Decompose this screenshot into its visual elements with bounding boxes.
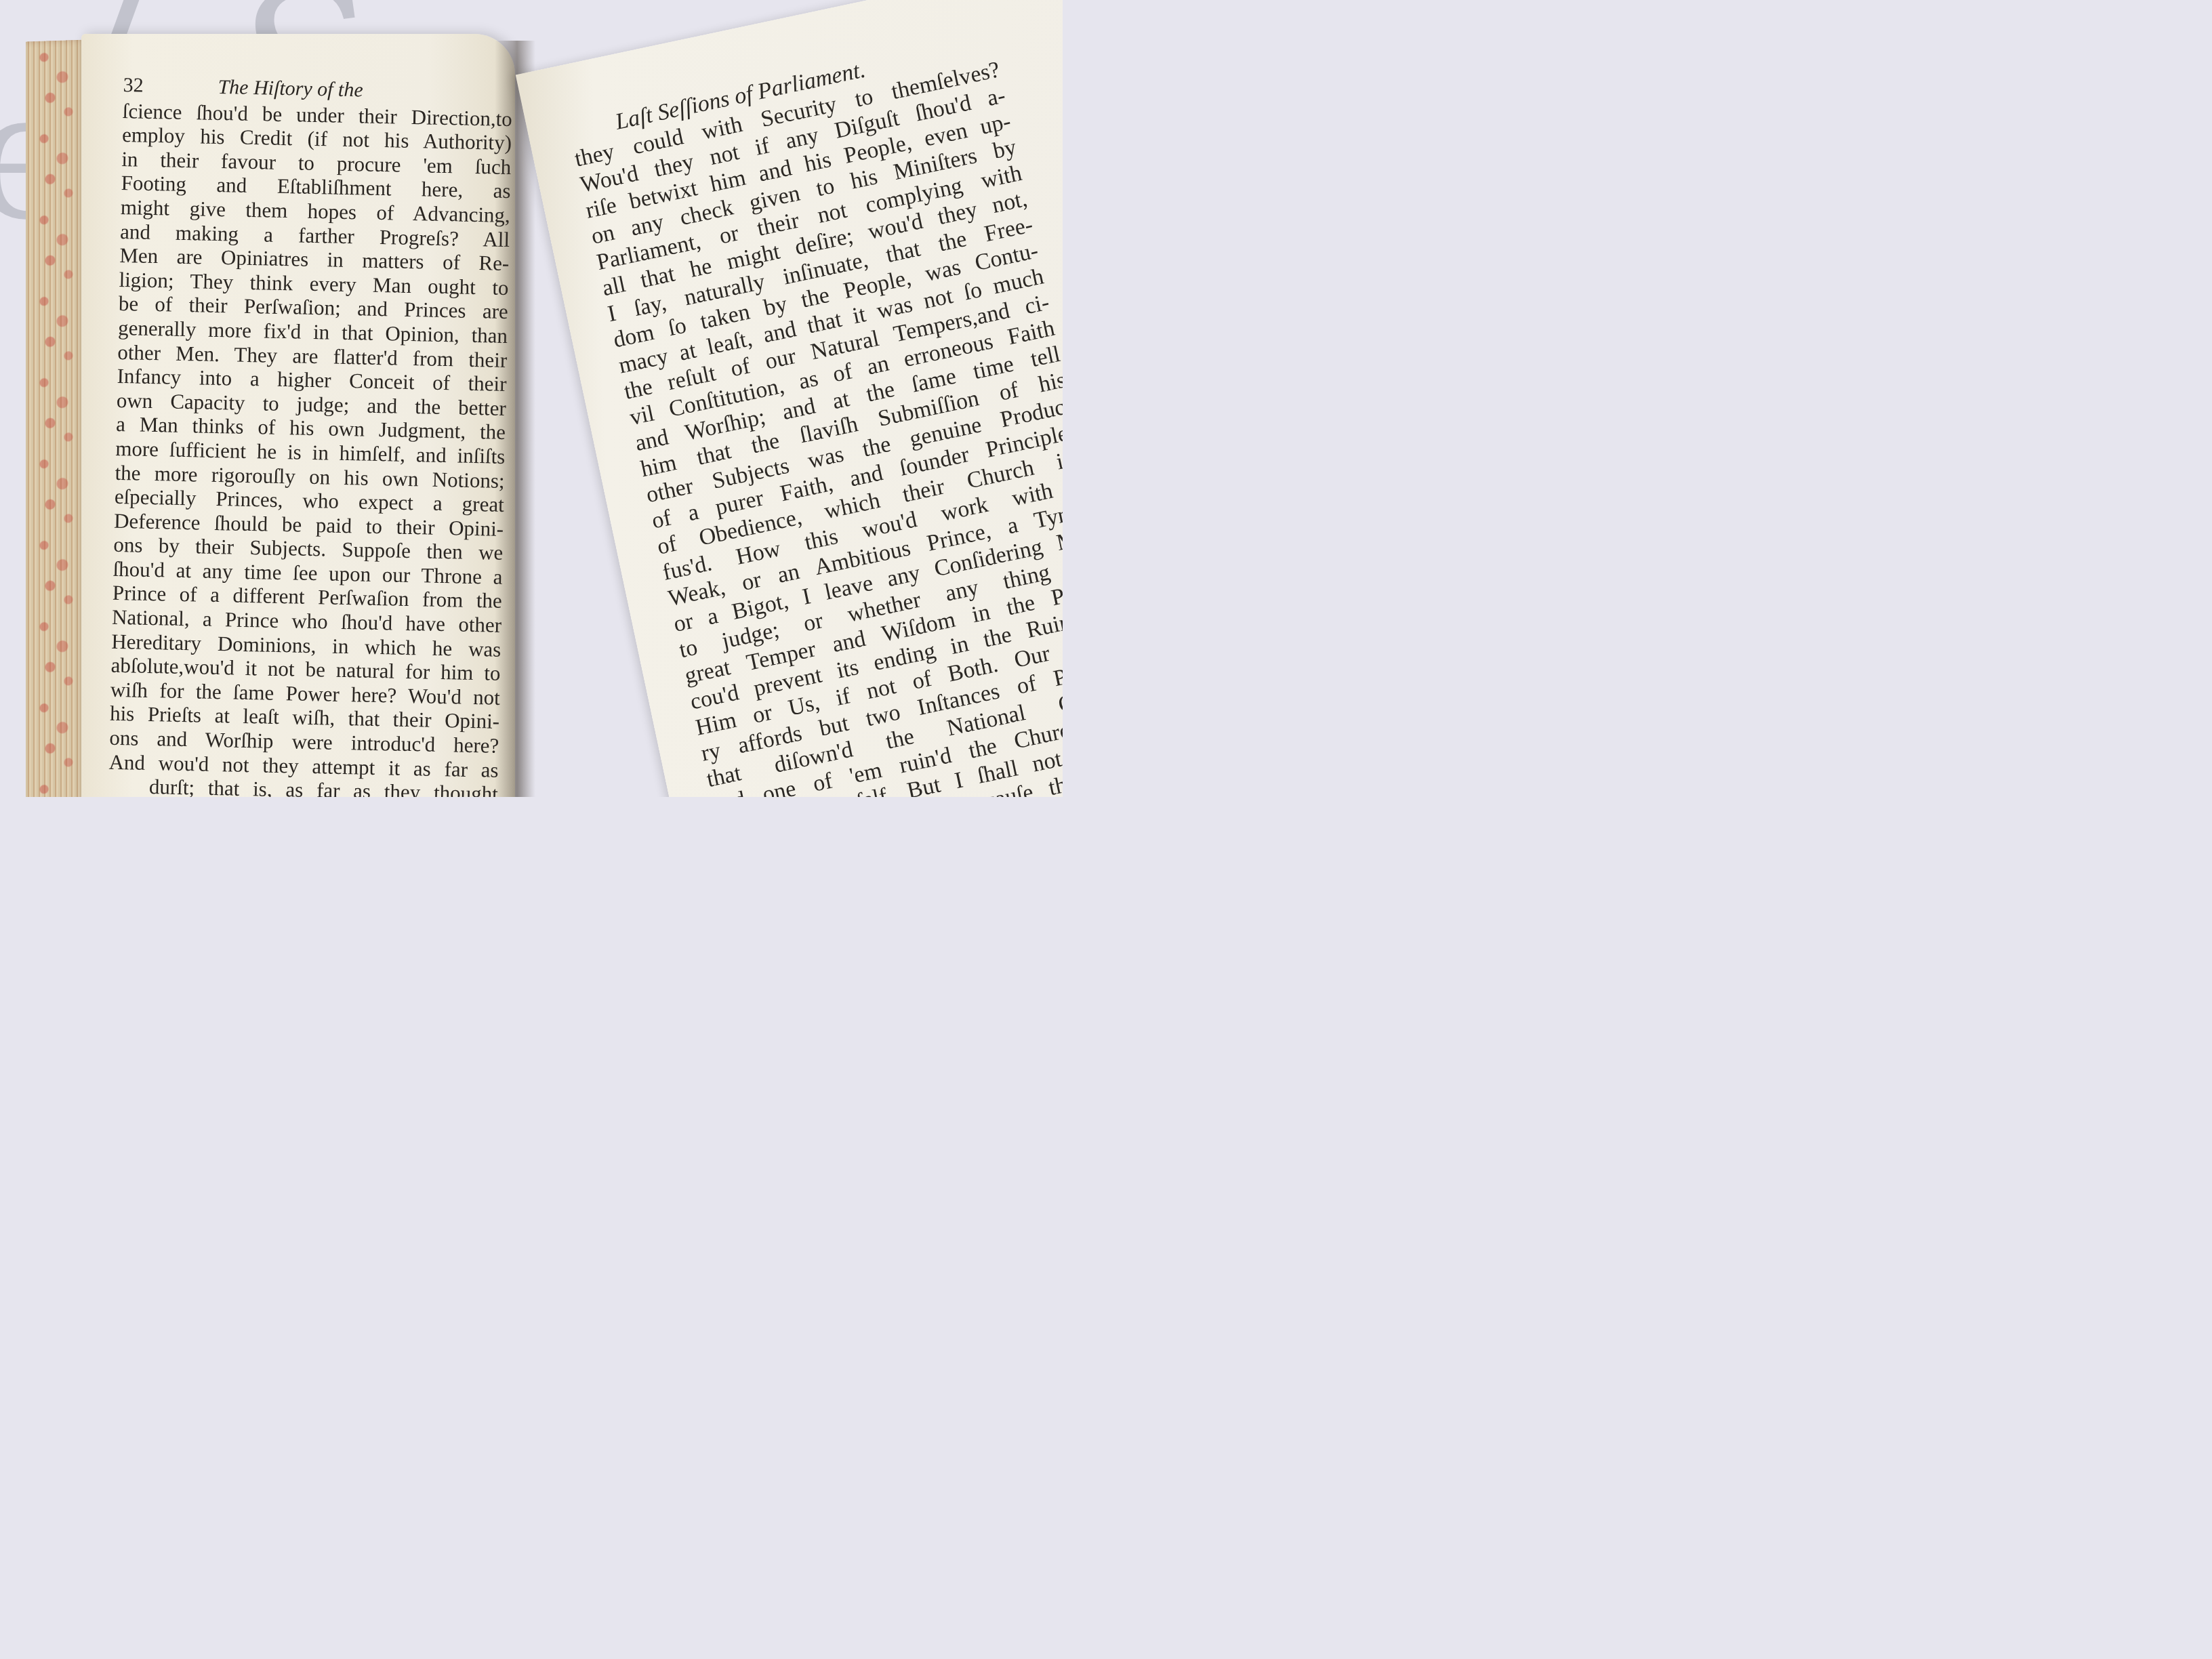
running-head-title: The Hiſtory of the (218, 75, 363, 102)
left-page-body: ſcience ſhou'd be under their Direction,… (108, 99, 512, 782)
right-page: Laſt Seſſions of Parliament. they could … (516, 0, 1063, 797)
right-page-text: Laſt Seſſions of Parliament. they could … (567, 29, 1063, 797)
left-page-text: 32 The Hiſtory of the ſcience ſhou'd be … (108, 73, 513, 797)
right-page-body: they could with Security to themſelves?W… (573, 56, 1063, 797)
left-page: 32 The Hiſtory of the ſcience ſhou'd be … (81, 34, 515, 797)
page-number: 32 (123, 73, 218, 100)
book-gutter (495, 41, 535, 797)
book-fore-edge (26, 39, 87, 797)
